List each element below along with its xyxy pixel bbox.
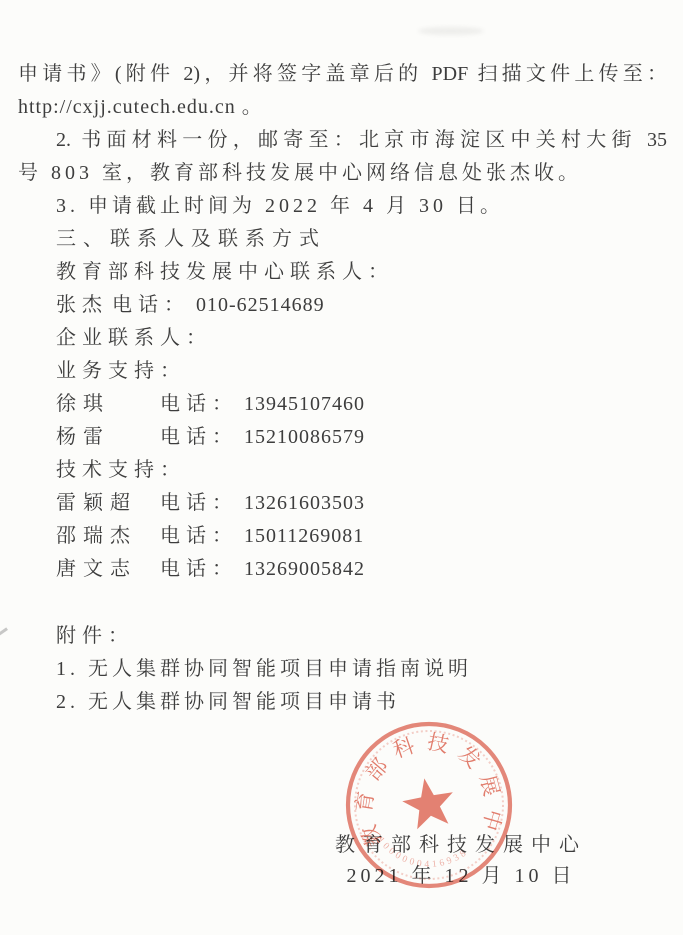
para3-deadline: 3. 申请截止时间为 2022 年 4 月 30 日。: [18, 190, 667, 223]
phone-number: 13945107460: [244, 393, 365, 415]
attachments-label: 附件：: [18, 620, 667, 653]
attachments-block: 附件： 1. 无人集群协同智能项目申请指南说明 2. 无人集群协同智能项目申请书: [18, 620, 667, 719]
phone-label: 电话：: [160, 492, 238, 514]
contact-name: 张杰: [56, 289, 112, 322]
para2-line2: 号 803 室，教育部科技发展中心网络信息处张杰收。: [18, 157, 667, 190]
phone-number: 13261603503: [244, 492, 365, 514]
contact-row-tangwenzhi: 唐文志电话：13269005842: [18, 553, 667, 586]
scan-smudge: [418, 27, 484, 35]
contact-row-leiyingchao: 雷颖超电话：13261603503: [18, 487, 667, 520]
signature-block: 教育部科技发展中心 2021 年 12 月 10 日: [300, 830, 622, 892]
contact-name: 邵瑞杰: [56, 520, 160, 553]
signature-org: 教育部科技发展中心: [300, 830, 622, 861]
scan-edge-artifact: [0, 627, 8, 635]
phone-number: 15210086579: [244, 426, 365, 448]
contact-row-zhangjie: 张杰电话：010-62514689: [18, 289, 667, 322]
contact-name: 徐琪: [56, 388, 160, 421]
attachment-item-2: 2. 无人集群协同智能项目申请书: [18, 686, 667, 719]
phone-number: 010-62514689: [196, 294, 325, 316]
phone-label: 电话：: [160, 426, 238, 448]
contact-name: 雷颖超: [56, 487, 160, 520]
phone-label: 电话：: [160, 525, 238, 547]
center-contact-label: 教育部科技发展中心联系人：: [18, 256, 667, 289]
upload-url: http://cxjj.cutech.edu.cn 。: [18, 91, 667, 124]
attachment-item-1: 1. 无人集群协同智能项目申请指南说明: [18, 653, 667, 686]
document-body: 申请书》(附件 2)，并将签字盖章后的 PDF 扫描文件上传至： http://…: [18, 58, 667, 719]
seal-star-icon: [402, 778, 453, 829]
phone-label: 电话：: [160, 558, 238, 580]
tech-support-label: 技术支持：: [18, 454, 667, 487]
signature-date: 2021 年 12 月 10 日: [300, 861, 622, 892]
para1-line1: 申请书》(附件 2)，并将签字盖章后的 PDF 扫描文件上传至：: [18, 58, 667, 91]
business-support-label: 业务支持：: [18, 355, 667, 388]
contact-name: 唐文志: [56, 553, 160, 586]
contact-row-shaoruijie: 邵瑞杰电话：15011269081: [18, 520, 667, 553]
contact-row-yanglei: 杨雷电话：15210086579: [18, 421, 667, 454]
phone-label: 电话：: [112, 294, 190, 316]
contact-row-xuqi: 徐琪电话：13945107460: [18, 388, 667, 421]
contact-name: 杨雷: [56, 421, 160, 454]
phone-number: 15011269081: [244, 525, 364, 547]
enterprise-contact-label: 企业联系人：: [18, 322, 667, 355]
phone-label: 电话：: [160, 393, 238, 415]
phone-number: 13269005842: [244, 558, 365, 580]
section3-heading: 三、联系人及联系方式: [18, 223, 667, 256]
para2-line1: 2. 书面材料一份，邮寄至：北京市海淀区中关村大街 35: [18, 124, 667, 157]
